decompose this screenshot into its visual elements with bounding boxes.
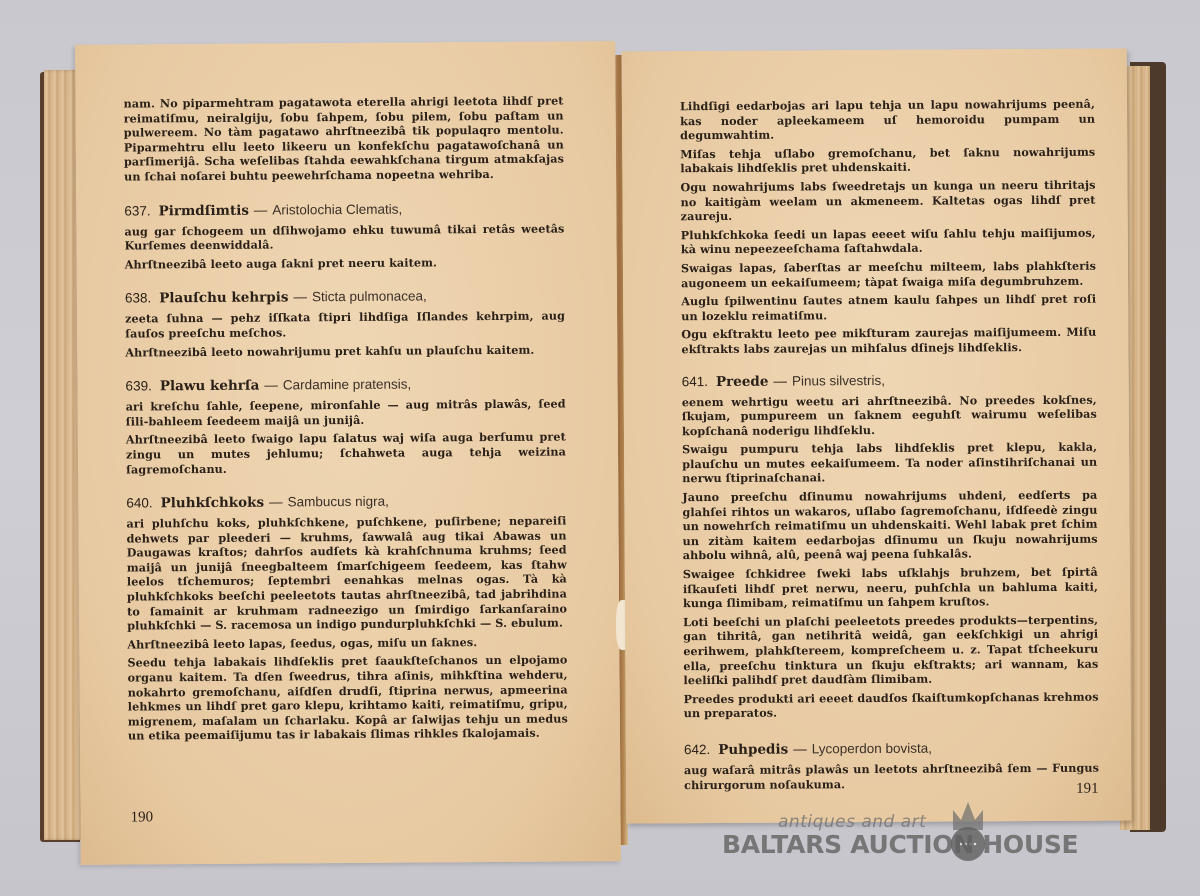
intro-paragraph: Ogu nowahrijums labs ſweedretajs un kung… [680,178,1095,224]
entry-paragraph: Ahrſtneezibâ leeto auga ſakni pret neeru… [125,254,565,272]
entry-heading: 637.Pirmdſimtis—Aristolochia Clematis, [124,199,564,220]
intro-paragraph: Auglu ſpilwentinu ſautes atnem kaulu ſah… [681,292,1096,324]
intro-paragraph: nam. No piparmehtram pagatawota eterella… [124,93,565,184]
page-number-left: 190 [130,809,153,826]
intro-paragraph: Miſas tehja uſlabo gremoſchanu, bet ſakn… [680,144,1095,176]
em-dash: — [793,741,807,756]
entry-latin-name: Lycoperdon bovista, [812,741,932,757]
entry-number: 640. [126,495,152,510]
entry-paragraph: ari pluhſchu koks, pluhkſchkene, puſchke… [126,514,567,634]
entry-latin-name: Sticta pulmonacea, [312,289,427,305]
entry-paragraph: Jauno preeſchu dſinumu nowahrijums uhden… [682,488,1097,564]
entry-paragraph: Seedu tehja labakais lihdſeklis pret ſaa… [127,653,568,744]
auction-house-watermark: antiques and art BALTARS AUCTION HOUSE [722,800,1122,870]
entry-number: 641. [682,374,708,389]
entry-paragraph: ari kreſchu ſahle, ſeepene, mironſahle —… [126,397,566,429]
entry-name: Preede [716,373,769,389]
em-dash: — [773,373,787,388]
intro-paragraph: Swaigas lapas, ſaberſtas ar meeſchu milt… [681,259,1096,291]
entry-paragraph: Loti beeſchi un plaſchi peeleetots preed… [683,612,1098,688]
entry-638: 638.Plauſchu kehrpis—Sticta pulmonacea, … [125,287,565,360]
entry-paragraph: eenem wehrtigu weetu ari ahrſtneezibâ. N… [682,392,1097,438]
intro-paragraph: Ogu ekſtraktu leeto pee mikſturam zaurej… [681,325,1096,357]
entry-name: Pluhkſchkoks [161,495,265,512]
entry-paragraph: zeeta ſuhna — pehz iſſkata ſtipri lihdſi… [125,309,565,341]
em-dash: — [264,378,278,393]
entry-heading: 641.Preede—Pinus silvestris, [682,370,1097,391]
entry-latin-name: Cardamine pratensis, [283,377,411,393]
entry-name: Pirmdſimtis [159,202,249,219]
entry-heading: 642.Puhpedis—Lycoperdon bovista, [684,739,1099,760]
em-dash: — [254,202,268,217]
page-number-right: 191 [1076,781,1099,798]
entry-name: Plauſchu kehrpis [159,290,288,307]
left-page: nam. No piparmehtram pagatawota eterella… [75,41,621,865]
right-page-content: Lihdſigi eedarbojas ari lapu tehja un la… [680,97,1099,797]
entry-number: 638. [125,291,151,306]
entry-latin-name: Sambucus nigra, [287,494,388,510]
entry-642: 642.Puhpedis—Lycoperdon bovista, aug waſ… [684,739,1099,793]
entry-paragraph: aug waſarâ mitrâs plawâs un leetots ahrſ… [684,761,1099,793]
entry-paragraph: Swaigee ſchkidree ſweki labs uſklahjs br… [683,565,1098,611]
entry-latin-name: Aristolochia Clematis, [272,201,402,217]
em-dash: — [293,290,307,305]
entry-641: 641.Preede—Pinus silvestris, eenem wehrt… [682,370,1099,721]
intro-paragraph: Lihdſigi eedarbojas ari lapu tehja un la… [680,97,1095,143]
watermark-tagline: antiques and art [778,812,926,832]
entry-paragraph: Ahrſtneezibâ leeto ſwaigo lapu ſalatus w… [126,430,566,477]
entry-637: 637.Pirmdſimtis—Aristolochia Clematis, a… [124,199,564,272]
entry-number: 637. [124,203,150,218]
entry-name: Puhpedis [718,742,788,758]
em-dash: — [269,495,283,510]
entry-paragraph: Preedes produkti ari eeeet daudſos ſkaiſ… [684,689,1099,721]
entry-639: 639.Plawu kehrſa—Cardamine pratensis, ar… [125,375,566,477]
entry-paragraph: aug gar ſchogeem un dſihwojamo ehku tuwu… [124,221,564,253]
intro-paragraph: Pluhkſchkoka ſeedi un lapas eeeet wiſu ſ… [681,225,1096,257]
entry-heading: 639.Plawu kehrſa—Cardamine pratensis, [125,375,565,396]
entry-paragraph: Swaigu pumpuru tehja labs lihdſeklis pre… [682,440,1097,486]
entry-paragraph: Ahrſtneezibâ leeto nowahrijumu pret kahſ… [125,342,565,360]
entry-heading: 640.Pluhkſchkoks—Sambucus nigra, [126,492,566,513]
entry-name: Plawu kehrſa [160,378,260,395]
entry-paragraph: Ahrſtneezibâ leeto lapas, ſeedus, ogas, … [127,634,567,652]
entry-number: 642. [684,742,710,757]
entry-number: 639. [125,378,151,393]
entry-heading: 638.Plauſchu kehrpis—Sticta pulmonacea, [125,287,565,308]
entry-latin-name: Pinus silvestris, [792,372,885,388]
entry-640: 640.Pluhkſchkoks—Sambucus nigra, ari plu… [126,492,568,744]
watermark-brand: BALTARS AUCTION HOUSE [722,830,1078,859]
right-page: Lihdſigi eedarbojas ari lapu tehja un la… [622,48,1132,823]
left-page-content: nam. No piparmehtram pagatawota eterella… [124,93,569,747]
